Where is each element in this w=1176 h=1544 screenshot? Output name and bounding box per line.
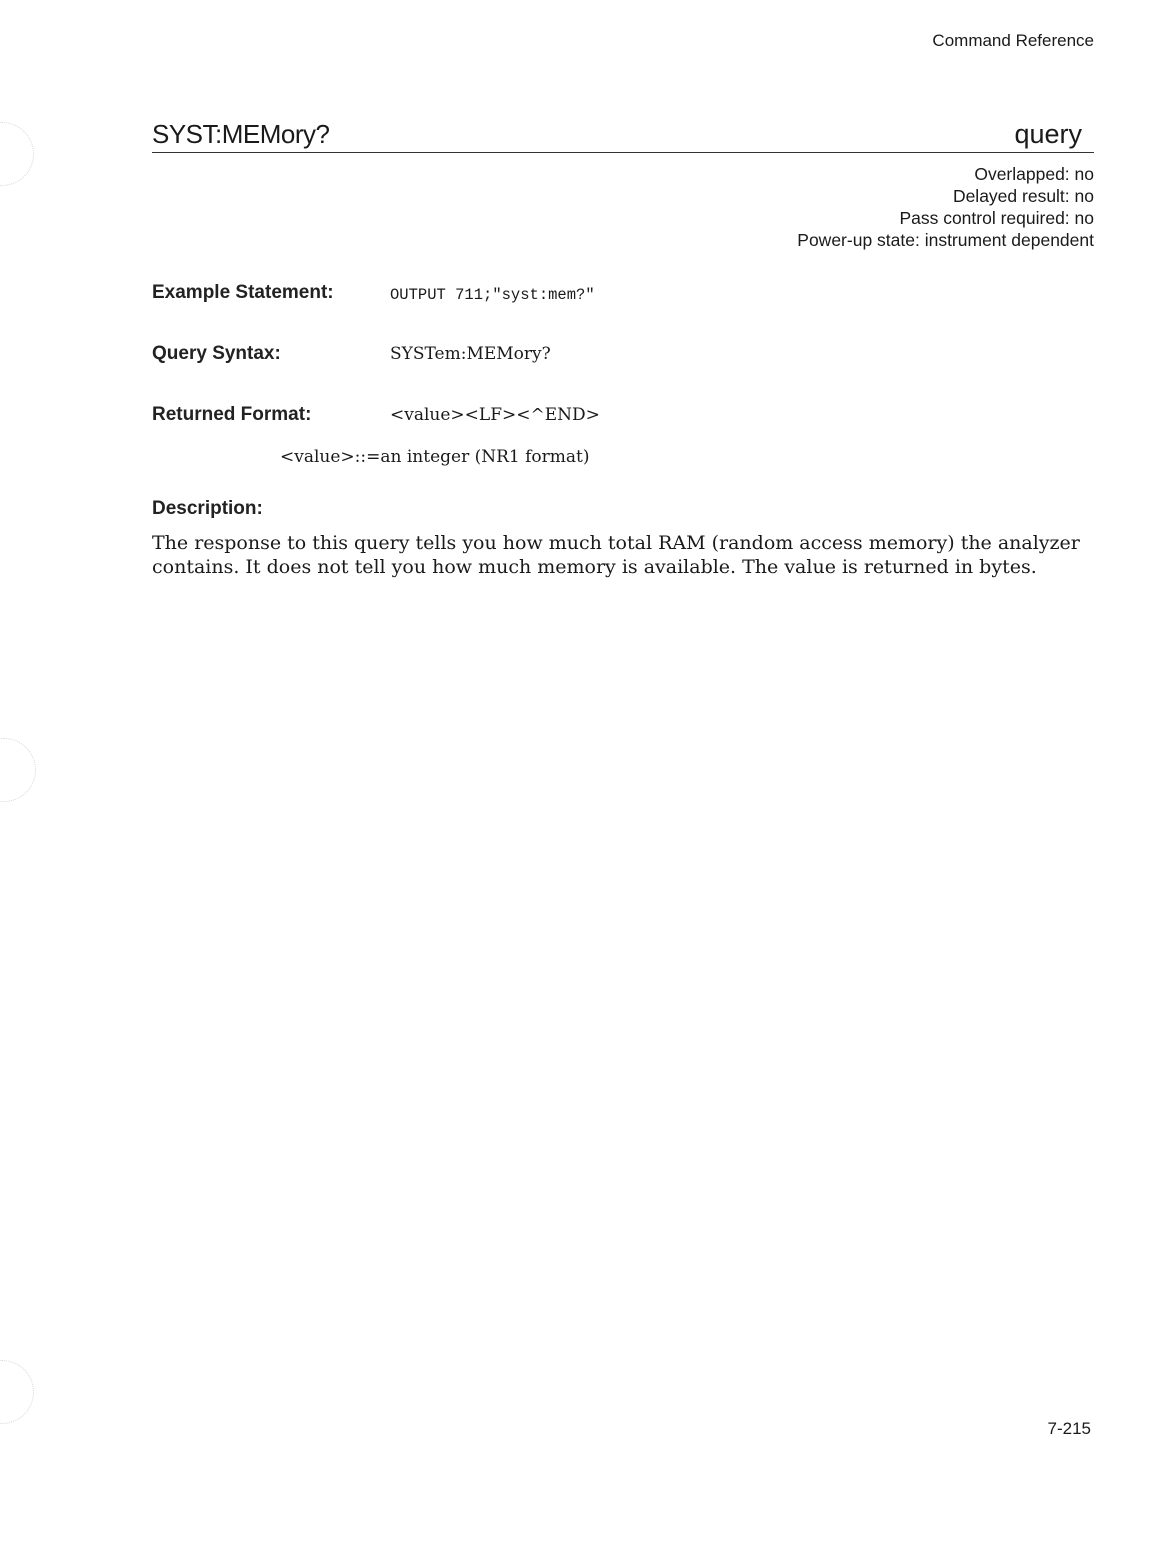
returned-format-value: <value><LF><^END>: [390, 405, 600, 425]
binder-hole-middle: [0, 738, 36, 802]
attr-power-up-state: Power-up state: instrument dependent: [797, 229, 1094, 251]
attr-overlapped: Overlapped: no: [797, 163, 1094, 185]
example-statement-label: Example Statement:: [152, 282, 334, 304]
command-attributes: Overlapped: no Delayed result: no Pass c…: [797, 163, 1094, 251]
attr-delayed-result: Delayed result: no: [797, 185, 1094, 207]
description-label: Description:: [152, 498, 263, 520]
description-text: The response to this query tells you how…: [152, 532, 1092, 579]
query-syntax-value: SYSTem:MEMory?: [390, 344, 551, 364]
command-type: query: [1014, 119, 1082, 150]
attr-pass-control: Pass control required: no: [797, 207, 1094, 229]
command-title-row: SYST:MEMory? query: [152, 116, 1094, 153]
page-number: 7-215: [1048, 1419, 1091, 1439]
binder-hole-bottom: [0, 1360, 34, 1424]
binder-hole-top: [0, 122, 34, 186]
example-statement-value: OUTPUT 711;"syst:mem?": [390, 286, 595, 304]
running-head: Command Reference: [932, 31, 1094, 51]
command-title: SYST:MEMory?: [152, 119, 330, 150]
returned-format-definition: <value>::=an integer (NR1 format): [280, 447, 590, 467]
query-syntax-label: Query Syntax:: [152, 343, 281, 365]
returned-format-label: Returned Format:: [152, 404, 311, 426]
